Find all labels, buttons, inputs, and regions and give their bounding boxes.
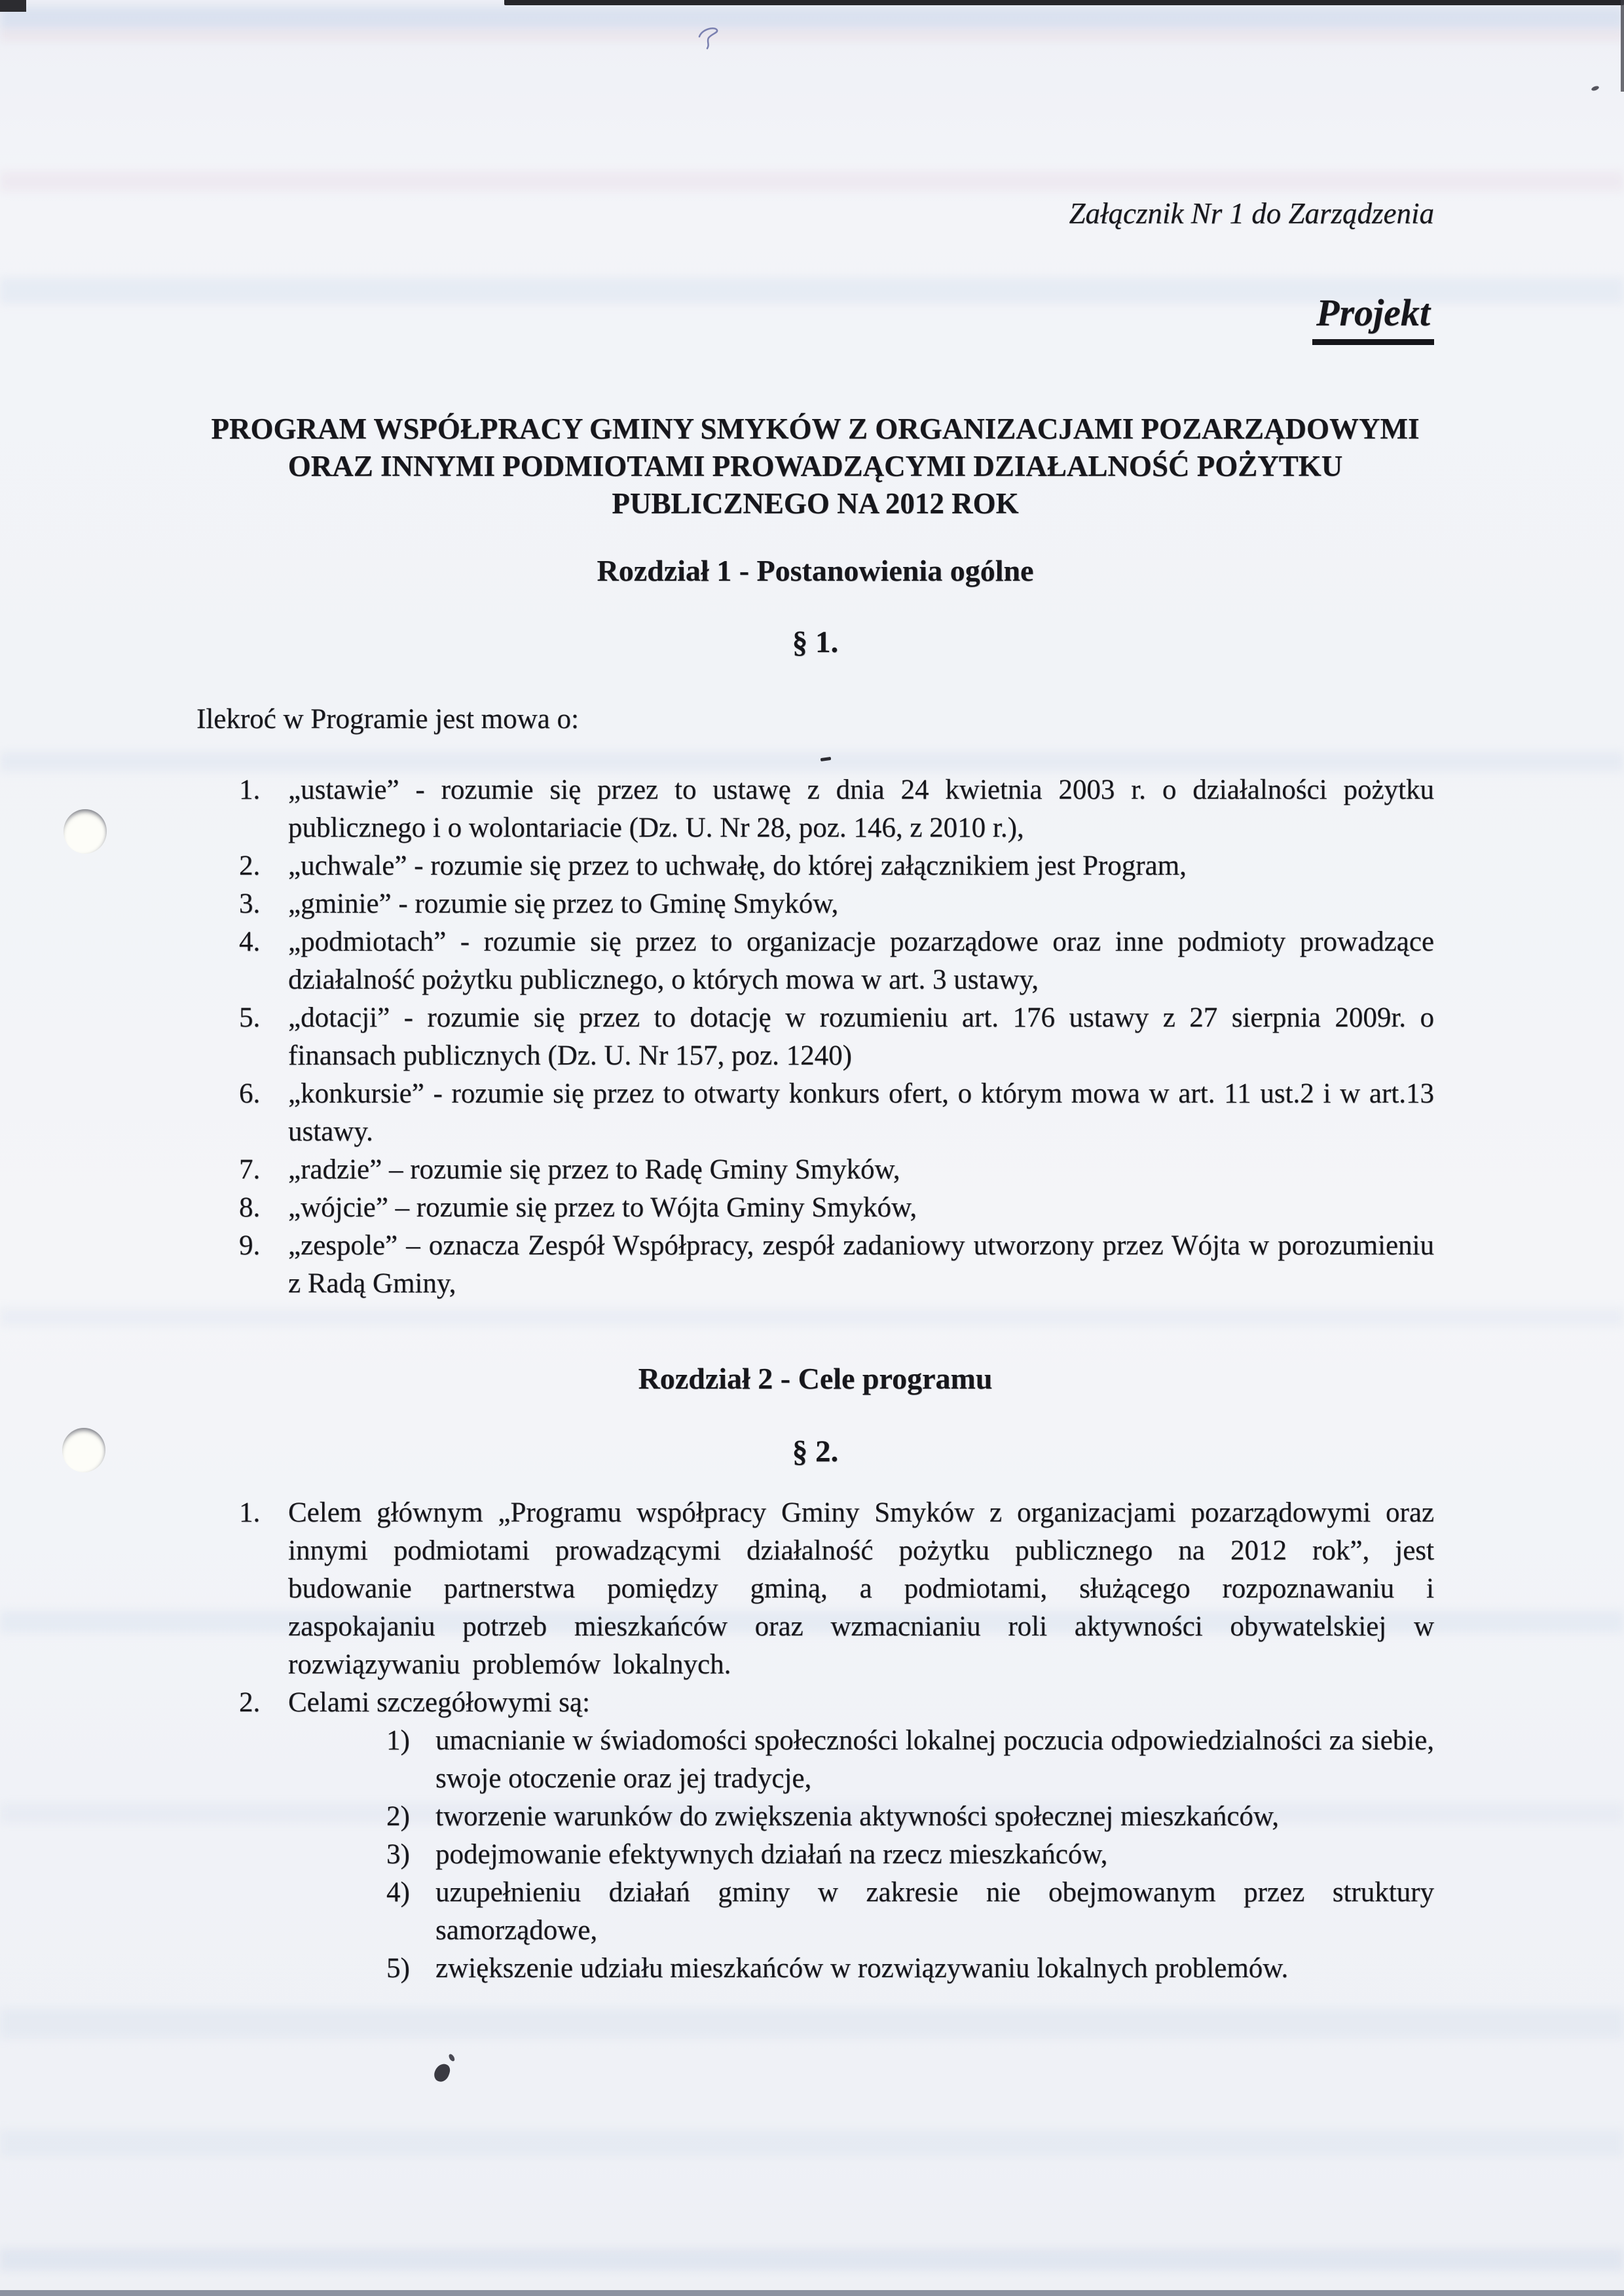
item-number: 1. — [239, 1494, 260, 1532]
hole-punch-top — [64, 809, 107, 854]
definition-item: 3. „gminie” - rozumie się przez to Gminę… — [196, 885, 1434, 923]
item-text: uzupełnieniu działań gminy w zakresie ni… — [435, 1877, 1434, 1946]
definition-item: 1. „ustawie” - rozumie się przez to usta… — [196, 771, 1434, 847]
definition-item: 2. „uchwale” - rozumie się przez to uchw… — [196, 847, 1434, 885]
item-text: „podmiotach” - rozumie się przez to orga… — [288, 926, 1434, 995]
item-text: Celem głównym „Programu współpracy Gminy… — [288, 1497, 1434, 1680]
item-number: 1) — [386, 1722, 410, 1760]
item-number: 4) — [386, 1874, 410, 1912]
item-text: „dotacji” - rozumie się przez to dotację… — [288, 1002, 1434, 1071]
document-title-line-1: PROGRAM WSPÓŁPRACY GMINY SMYKÓW Z ORGANI… — [196, 410, 1434, 448]
item-number: 4. — [239, 923, 260, 961]
item-text: podejmowanie efektywnych działań na rzec… — [435, 1839, 1107, 1870]
specific-goal-item: 4) uzupełnieniu działań gminy w zakresie… — [288, 1874, 1434, 1950]
goal-item: 1. Celem głównym „Programu współpracy Gm… — [196, 1494, 1434, 1684]
chapter1-intro: Ilekroć w Programie jest mowa o: — [196, 701, 1434, 738]
item-number: 6. — [239, 1075, 260, 1113]
item-text: zwiększenie udziału mieszkańców w rozwią… — [435, 1953, 1288, 1984]
scan-bottom-edge — [0, 2290, 1624, 2296]
item-text: „gminie” - rozumie się przez to Gminę Sm… — [288, 888, 838, 919]
item-text: „zespole” – oznacza Zespół Współpracy, z… — [288, 1230, 1434, 1299]
item-number: 7. — [239, 1151, 260, 1189]
item-number: 2. — [239, 1684, 260, 1722]
scan-speck — [1591, 85, 1599, 92]
ink-blot — [432, 2062, 452, 2083]
goal-item: 2. Celami szczegółowymi są: 1) umacniani… — [196, 1684, 1434, 1988]
item-number: 1. — [239, 771, 260, 809]
item-number: 2) — [386, 1798, 410, 1836]
definition-item: 9. „zespole” – oznacza Zespół Współpracy… — [196, 1227, 1434, 1303]
chapter1-heading: Rozdział 1 - Postanowienia ogólne — [196, 555, 1434, 587]
draft-label: Projekt — [196, 292, 1434, 345]
specific-goals-list: 1) umacnianie w świadomości społeczności… — [288, 1722, 1434, 1988]
specific-goal-item: 1) umacnianie w świadomości społeczności… — [288, 1722, 1434, 1798]
attachment-note: Załącznik Nr 1 do Zarządzenia — [196, 195, 1434, 232]
item-number: 5) — [386, 1950, 410, 1988]
document-content: Załącznik Nr 1 do Zarządzenia Projekt PR… — [196, 0, 1434, 1988]
scan-band — [0, 2130, 1624, 2157]
item-text: „wójcie” – rozumie się przez to Wójta Gm… — [288, 1192, 917, 1223]
definitions-list: 1. „ustawie” - rozumie się przez to usta… — [196, 771, 1434, 1303]
item-number: 2. — [239, 847, 260, 885]
scan-band — [0, 2009, 1624, 2039]
document-title: PROGRAM WSPÓŁPRACY GMINY SMYKÓW Z ORGANI… — [196, 410, 1434, 522]
specific-goal-item: 2) tworzenie warunków do zwiększenia akt… — [288, 1798, 1434, 1836]
chapter2-heading: Rozdział 2 - Cele programu — [196, 1363, 1434, 1394]
scanned-document-page: Załącznik Nr 1 do Zarządzenia Projekt PR… — [0, 0, 1624, 2296]
scan-right-edge — [1621, 0, 1624, 92]
scan-corner-mark — [0, 0, 26, 12]
definition-item: 7. „radzie” – rozumie się przez to Radę … — [196, 1151, 1434, 1189]
item-number: 3. — [239, 885, 260, 923]
item-text: „radzie” – rozumie się przez to Radę Gmi… — [288, 1154, 900, 1185]
document-title-line-3: PUBLICZNEGO NA 2012 ROK — [196, 485, 1434, 522]
item-number: 3) — [386, 1836, 410, 1874]
specific-goal-item: 5) zwiększenie udziału mieszkańców w roz… — [288, 1950, 1434, 1988]
item-text: „konkursie” - rozumie się przez to otwar… — [288, 1078, 1434, 1147]
definition-item: 4. „podmiotach” - rozumie się przez to o… — [196, 923, 1434, 999]
draft-label-text: Projekt — [1312, 292, 1434, 345]
hole-punch-bottom — [62, 1428, 105, 1472]
item-text: umacnianie w świadomości społeczności lo… — [435, 1725, 1434, 1794]
definition-item: 5. „dotacji” - rozumie się przez to dota… — [196, 999, 1434, 1075]
item-text: tworzenie warunków do zwiększenia aktywn… — [435, 1801, 1279, 1832]
item-number: 9. — [239, 1227, 260, 1265]
item-text: Celami szczegółowymi są: — [288, 1687, 590, 1718]
item-text: „uchwale” - rozumie się przez to uchwałę… — [288, 850, 1187, 881]
specific-goal-item: 3) podejmowanie efektywnych działań na r… — [288, 1836, 1434, 1874]
definition-item: 8. „wójcie” – rozumie się przez to Wójta… — [196, 1189, 1434, 1227]
definition-item: 6. „konkursie” - rozumie się przez to ot… — [196, 1075, 1434, 1151]
section-2-mark: § 2. — [196, 1435, 1434, 1468]
document-title-line-2: ORAZ INNYMI PODMIOTAMI PROWADZĄCYMI DZIA… — [196, 448, 1434, 485]
section-1-mark: § 1. — [196, 626, 1434, 659]
goals-list: 1. Celem głównym „Programu współpracy Gm… — [196, 1494, 1434, 1988]
item-number: 8. — [239, 1189, 260, 1227]
scan-band — [0, 2248, 1624, 2270]
item-number: 5. — [239, 999, 260, 1037]
item-text: „ustawie” - rozumie się przez to ustawę … — [288, 774, 1434, 843]
